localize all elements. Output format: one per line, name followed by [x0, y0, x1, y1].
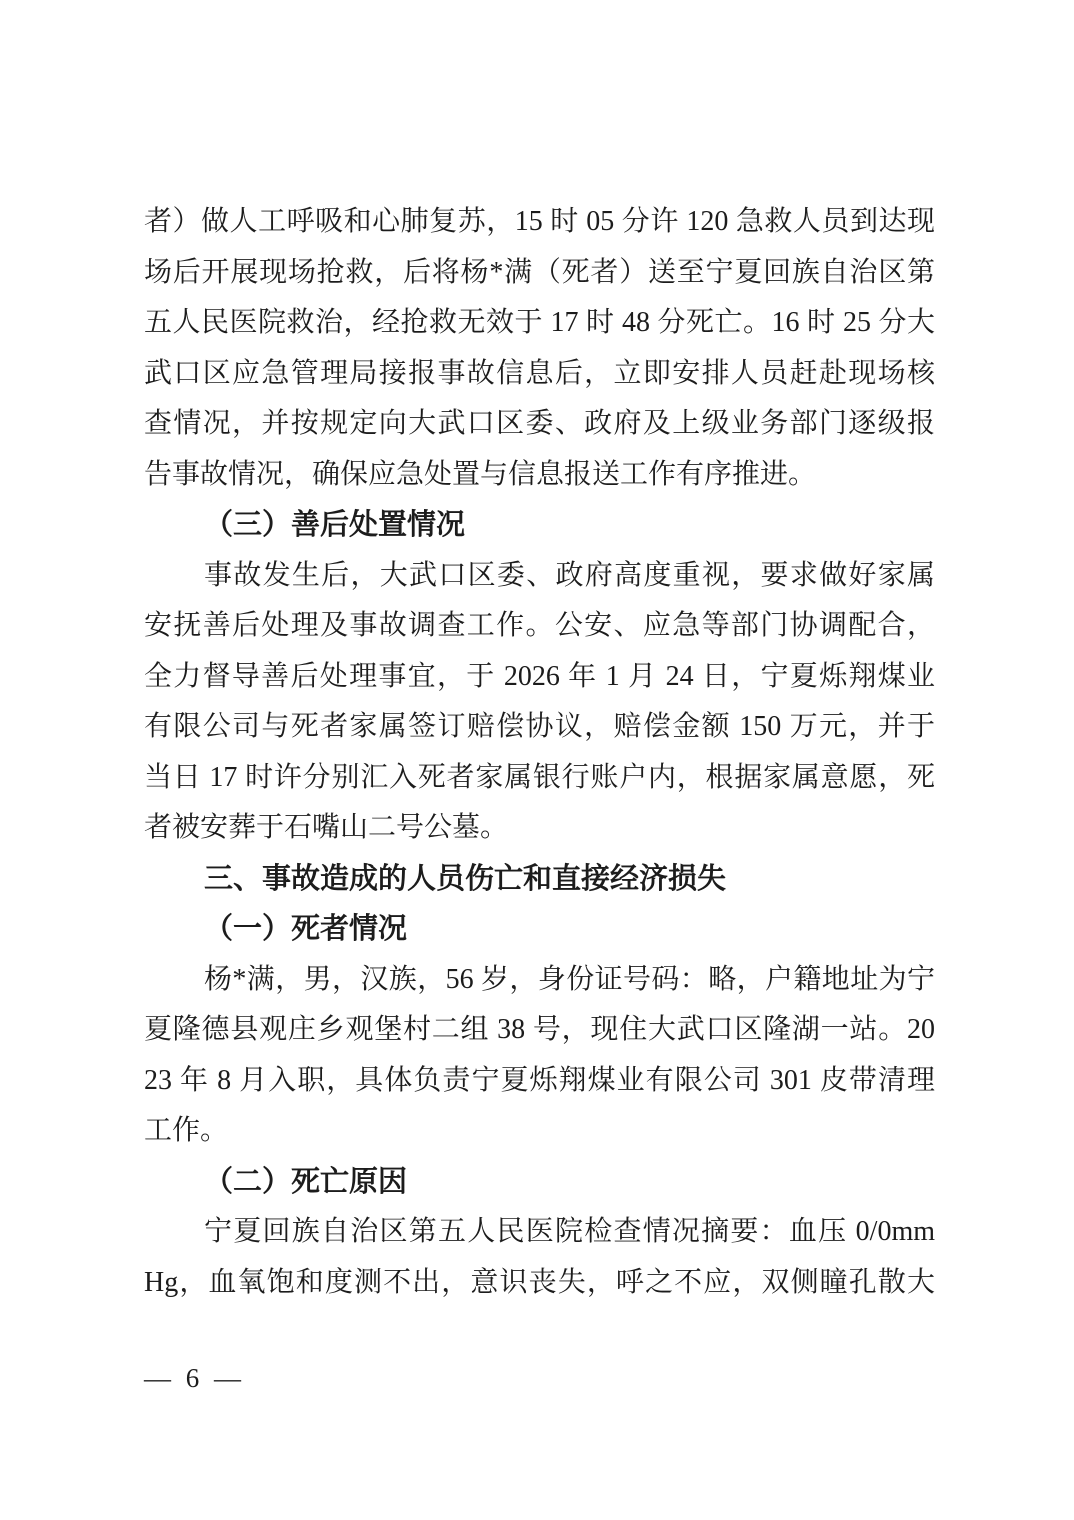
body-text-line: 武口区应急管理局接报事故信息后，立即安排人员赶赴现场核 — [144, 349, 935, 400]
subsection-heading-deceased: （一）死者情况 — [144, 904, 935, 955]
body-text-line: 者被安葬于石嘴山二号公墓。 — [144, 803, 935, 854]
section-heading-casualties: 三、事故造成的人员伤亡和直接经济损失 — [144, 854, 935, 905]
body-text-line: 者）做人工呼吸和心肺复苏，15 时 05 分许 120 急救人员到达现 — [144, 197, 935, 248]
body-text-line: 安抚善后处理及事故调查工作。公安、应急等部门协调配合， — [144, 601, 935, 652]
body-text-line: 夏隆德县观庄乡观堡村二组 38 号，现住大武口区隆湖一站。20 — [144, 1005, 935, 1056]
body-text-line: 查情况，并按规定向大武口区委、政府及上级业务部门逐级报 — [144, 399, 935, 450]
body-text-line: 杨*满，男，汉族，56 岁，身份证号码：略，户籍地址为宁 — [144, 955, 935, 1006]
body-text-line: 事故发生后，大武口区委、政府高度重视，要求做好家属 — [144, 551, 935, 602]
body-text-line: 全力督导善后处理事宜，于 2026 年 1 月 24 日，宁夏烁翔煤业 — [144, 652, 935, 703]
document-page: 者）做人工呼吸和心肺复苏，15 时 05 分许 120 急救人员到达现 场后开展… — [0, 0, 1074, 1520]
body-text-line: 宁夏回族自治区第五人民医院检查情况摘要：血压 0/0mm — [144, 1207, 935, 1258]
body-text-line: 场后开展现场抢救，后将杨*满（死者）送至宁夏回族自治区第 — [144, 248, 935, 299]
body-text-line: 当日 17 时许分别汇入死者家属银行账户内，根据家属意愿，死 — [144, 753, 935, 804]
document-body: 者）做人工呼吸和心肺复苏，15 时 05 分许 120 急救人员到达现 场后开展… — [144, 197, 935, 1308]
body-text-line: 有限公司与死者家属签订赔偿协议，赔偿金额 150 万元，并于 — [144, 702, 935, 753]
body-text-line: 23 年 8 月入职，具体负责宁夏烁翔煤业有限公司 301 皮带清理 — [144, 1056, 935, 1107]
subsection-heading-death-cause: （二）死亡原因 — [144, 1157, 935, 1208]
body-text-line: Hg，血氧饱和度测不出，意识丧失，呼之不应，双侧瞳孔散大 — [144, 1258, 935, 1309]
subsection-heading-aftermath: （三）善后处置情况 — [144, 500, 935, 551]
body-text-line: 五人民医院救治，经抢救无效于 17 时 48 分死亡。16 时 25 分大 — [144, 298, 935, 349]
body-text-line: 告事故情况，确保应急处置与信息报送工作有序推进。 — [144, 450, 935, 501]
page-number: — 6 — — [144, 1358, 245, 1398]
body-text-line: 工作。 — [144, 1106, 935, 1157]
